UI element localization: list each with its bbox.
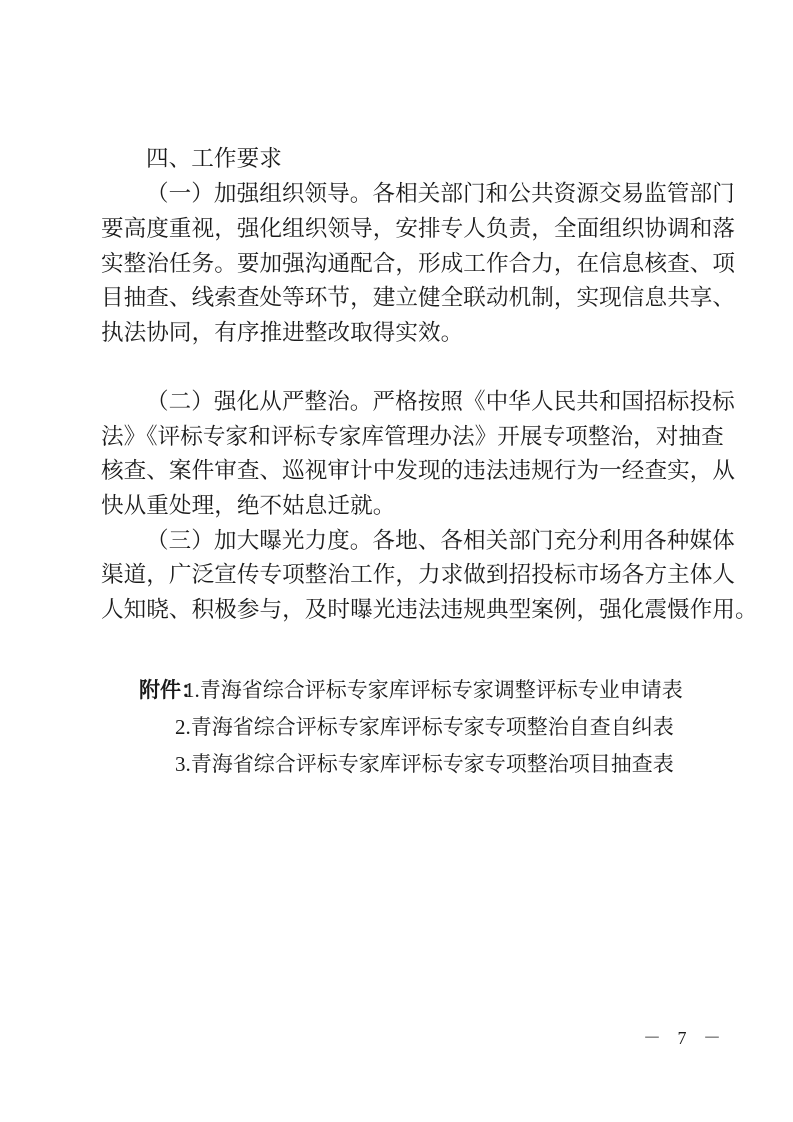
paragraph-line: （二）强化从严整治。严格按照《中华人民共和国招标投标 — [146, 388, 735, 416]
paragraph-line: 法》《评标专家和评标专家库管理办法》开展专项整治，对抽查 — [101, 423, 724, 451]
section-heading: 四、工作要求 — [146, 145, 282, 173]
paragraph-line: （三）加大曝光力度。各地、各相关部门充分利用各种媒体 — [146, 527, 735, 555]
paragraph-line: 实整治任务。要加强沟通配合，形成工作合力，在信息核查、项 — [101, 250, 735, 278]
paragraph-line: （一）加强组织领导。各相关部门和公共资源交易监管部门 — [146, 180, 735, 208]
paragraph-line: 渠道，广泛宣传专项整治工作，力求做到招投标市场各方主体人 — [101, 561, 735, 589]
paragraph-line: 人知晓、积极参与，及时曝光违法违规典型案例，强化震慑作用。 — [101, 596, 758, 624]
paragraph-line: 目抽查、线索查处等环节，建立健全联动机制，实现信息共享、 — [101, 284, 735, 312]
attachment-item: 2.青海省综合评标专家库评标专家专项整治自查自纠表 — [175, 714, 674, 740]
paragraph-line: 执法协同，有序推进整改取得实效。 — [101, 319, 463, 347]
attachment-item: 3.青海省综合评标专家库评标专家专项整治项目抽查表 — [175, 751, 674, 777]
paragraph-line: 快从重处理，绝不姑息迁就。 — [101, 492, 395, 520]
page-number: － 7 － — [643, 1024, 727, 1050]
paragraph-line: 核查、案件审查、巡视审计中发现的违法违规行为一经查实，从 — [101, 457, 735, 485]
attachment-item: 1.青海省综合评标专家库评标专家调整评标专业申请表 — [184, 677, 683, 703]
paragraph-line: 要高度重视，强化组织领导，安排专人负责，全面组织协调和落 — [101, 215, 735, 243]
